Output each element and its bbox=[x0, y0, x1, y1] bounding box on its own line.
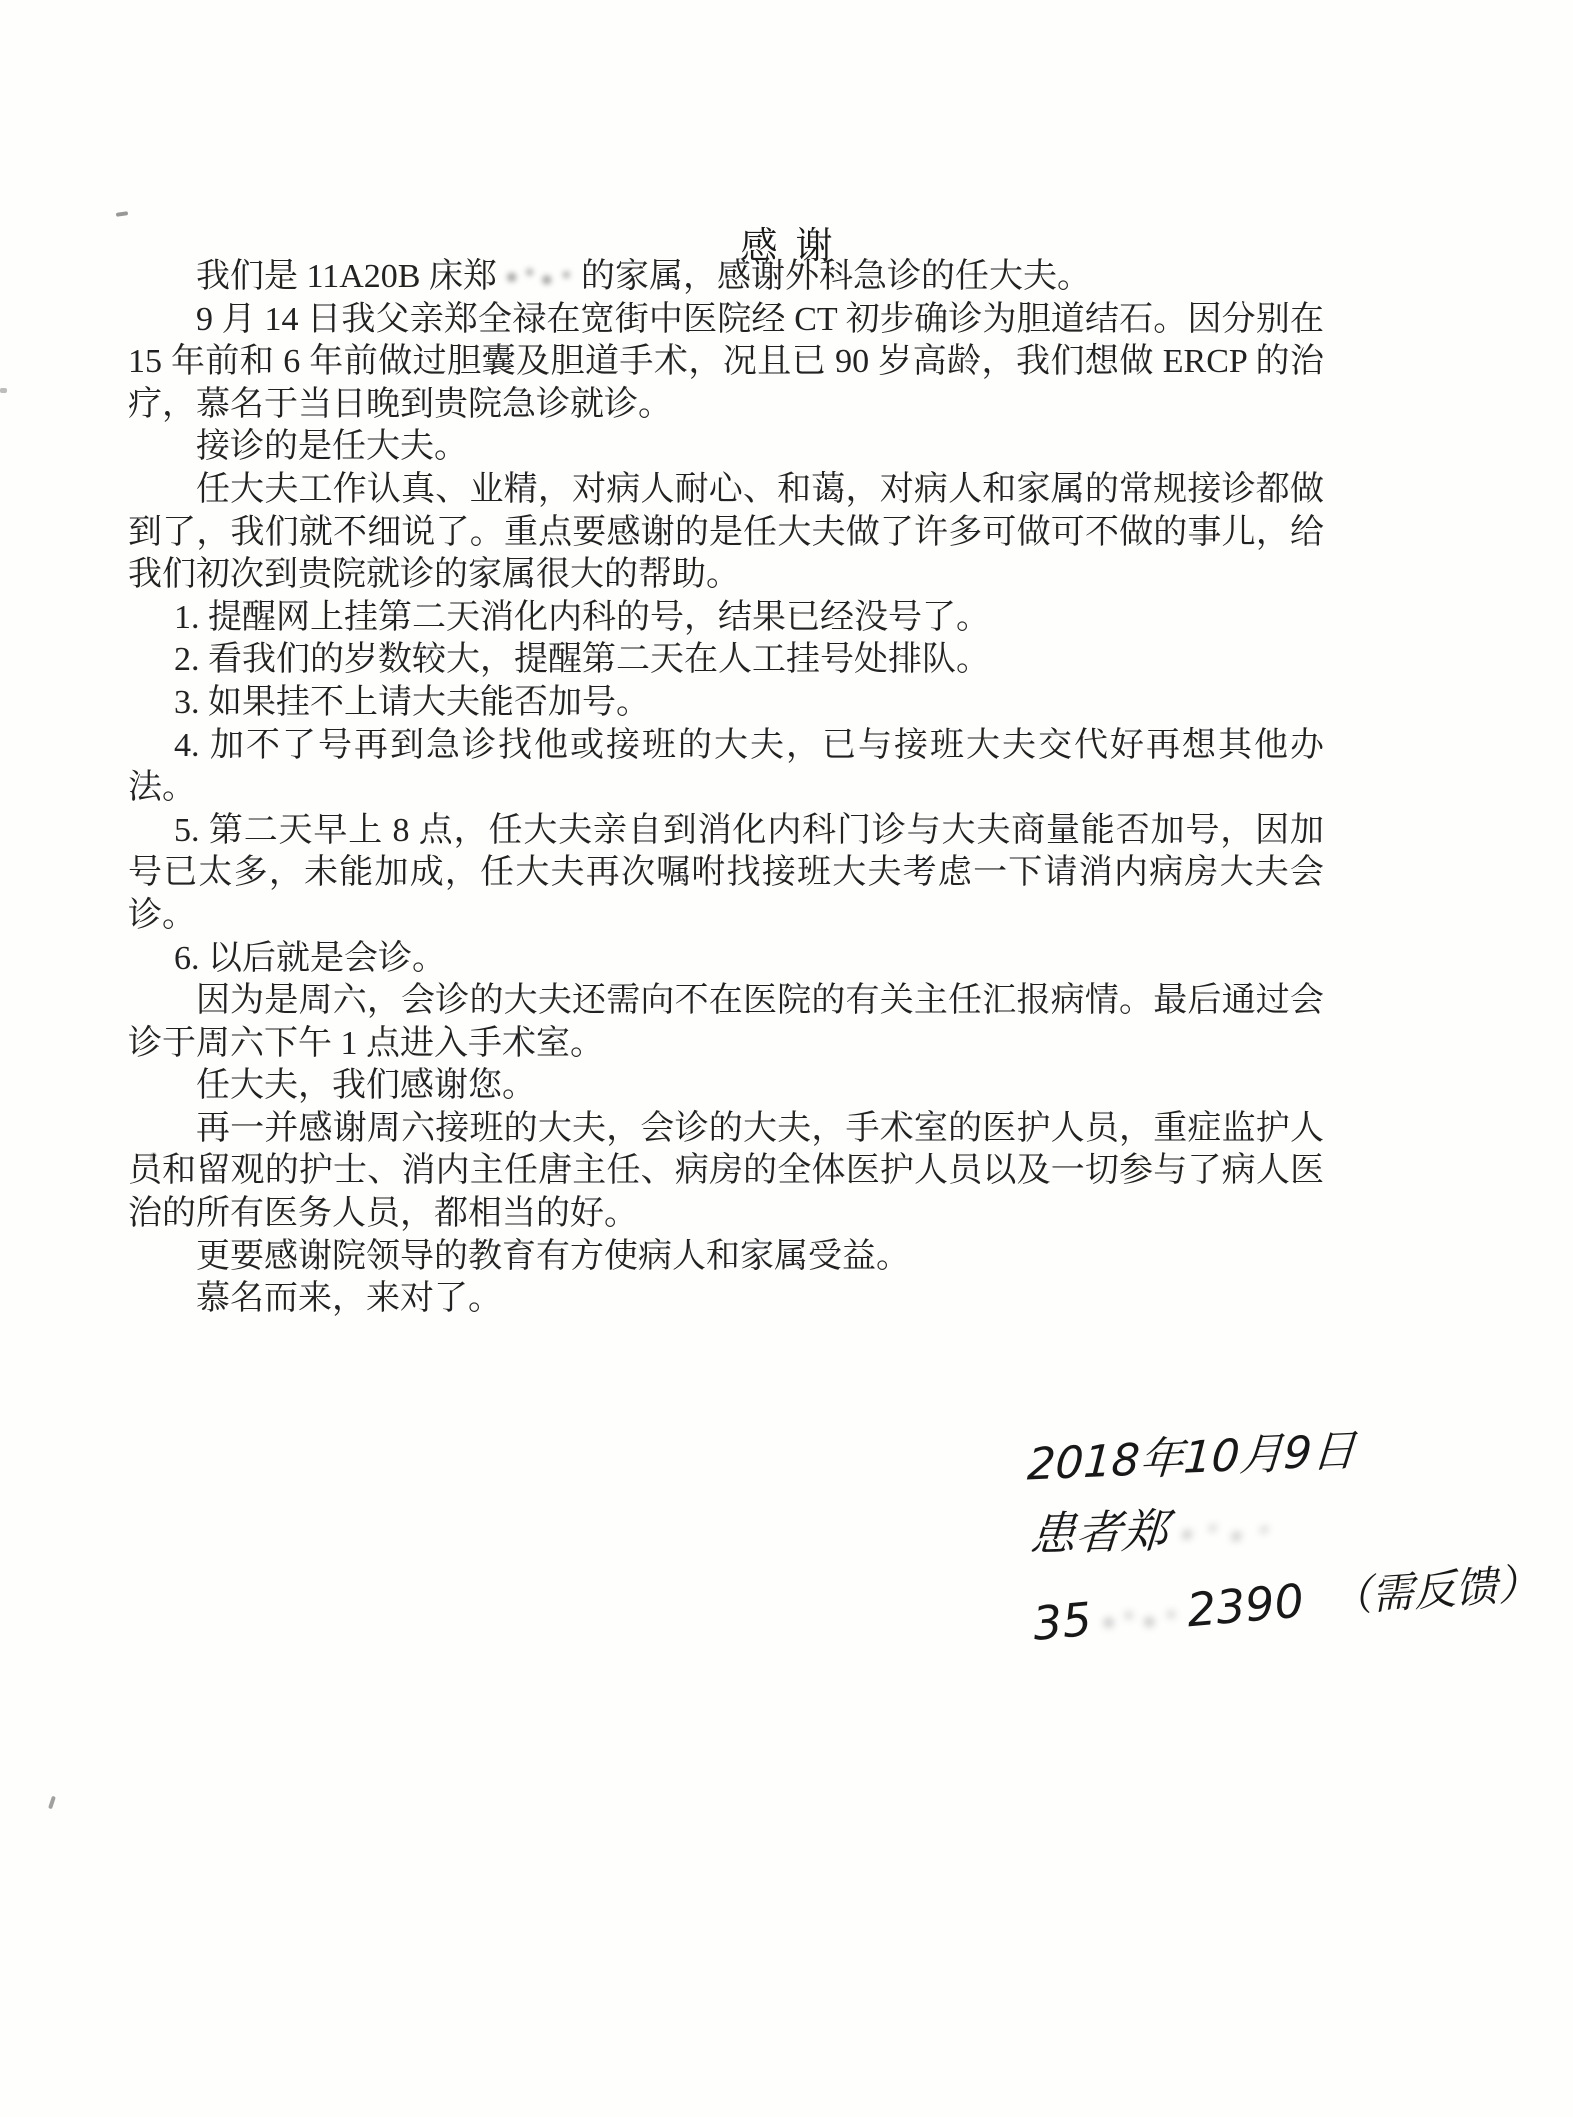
paragraph-thanks-staff: 再一并感谢周六接班的大夫，会诊的大夫，手术室的医护人员，重症监护人员和留观的护士… bbox=[128, 1108, 1324, 1236]
paragraph-doctor-praise: 任大夫工作认真、业精，对病人耐心、和蔼，对病人和家属的常规接诊都做到了，我们就不… bbox=[128, 469, 1324, 597]
handwritten-block: 2018年10月9日 患者郑 352390（需反馈） bbox=[1027, 1412, 1512, 1638]
list-item-4: 4. 加不了号再到急诊找他或接班的大夫，已与接班大夫交代好再想其他办法。 bbox=[128, 725, 1324, 810]
scanned-letter-page: 感谢 我们是 11A20B 床郑的家属，感谢外科急诊的任大夫。 9 月 14 日… bbox=[0, 0, 1573, 2117]
paragraph-intro: 我们是 11A20B 床郑的家属，感谢外科急诊的任大夫。 bbox=[128, 256, 1324, 299]
phone-prefix: 35 bbox=[1031, 1592, 1094, 1651]
letter-body: 我们是 11A20B 床郑的家属，感谢外科急诊的任大夫。 9 月 14 日我父亲… bbox=[128, 256, 1324, 1321]
paragraph-received-by: 接诊的是任大夫。 bbox=[128, 426, 1324, 469]
paragraph-thanks-doctor: 任大夫，我们感谢您。 bbox=[128, 1065, 1324, 1108]
scan-artifact bbox=[0, 388, 7, 393]
handwritten-phone: 352390（需反馈） bbox=[1030, 1551, 1513, 1653]
paragraph-closing: 慕名而来，来对了。 bbox=[128, 1278, 1324, 1321]
feedback-note: （需反馈） bbox=[1327, 1551, 1541, 1626]
list-item-3: 3. 如果挂不上请大夫能否加号。 bbox=[128, 682, 1324, 725]
paragraph-diagnosis: 9 月 14 日我父亲郑全禄在宽街中医院经 CT 初步确诊为胆道结石。因分别在 … bbox=[128, 299, 1324, 427]
signature-prefix: 患者郑 bbox=[1028, 1504, 1169, 1562]
intro-text-after-redaction: 的家属，感谢外科急诊的任大夫。 bbox=[581, 258, 1091, 295]
paragraph-consultation: 因为是周六，会诊的大夫还需向不在医院的有关主任汇报病情。最后通过会诊于周六下午 … bbox=[128, 980, 1324, 1065]
list-item-2: 2. 看我们的岁数较大，提醒第二天在人工挂号处排队。 bbox=[128, 639, 1324, 682]
handwritten-date: 2018年10月9日 bbox=[1026, 1407, 1510, 1492]
list-item-5: 5. 第二天早上 8 点，任大夫亲自到消化内科门诊与大夫商量能否加号，因加号已太… bbox=[128, 810, 1324, 938]
list-item-6: 6. 以后就是会诊。 bbox=[128, 938, 1324, 981]
intro-text-before-redaction: 我们是 11A20B 床郑 bbox=[196, 258, 497, 295]
scan-artifact bbox=[48, 1796, 56, 1810]
phone-suffix: 2390 bbox=[1185, 1573, 1306, 1637]
redacted-patient-name-blur bbox=[500, 263, 578, 289]
redacted-signature-blur bbox=[1170, 1516, 1282, 1549]
handwritten-signature: 患者郑 bbox=[1028, 1486, 1512, 1565]
redacted-phone-digits-blur bbox=[1093, 1601, 1185, 1637]
list-item-1: 1. 提醒网上挂第二天消化内科的号，结果已经没号了。 bbox=[128, 597, 1324, 640]
paragraph-thanks-leadership: 更要感谢院领导的教育有方使病人和家属受益。 bbox=[128, 1236, 1324, 1279]
